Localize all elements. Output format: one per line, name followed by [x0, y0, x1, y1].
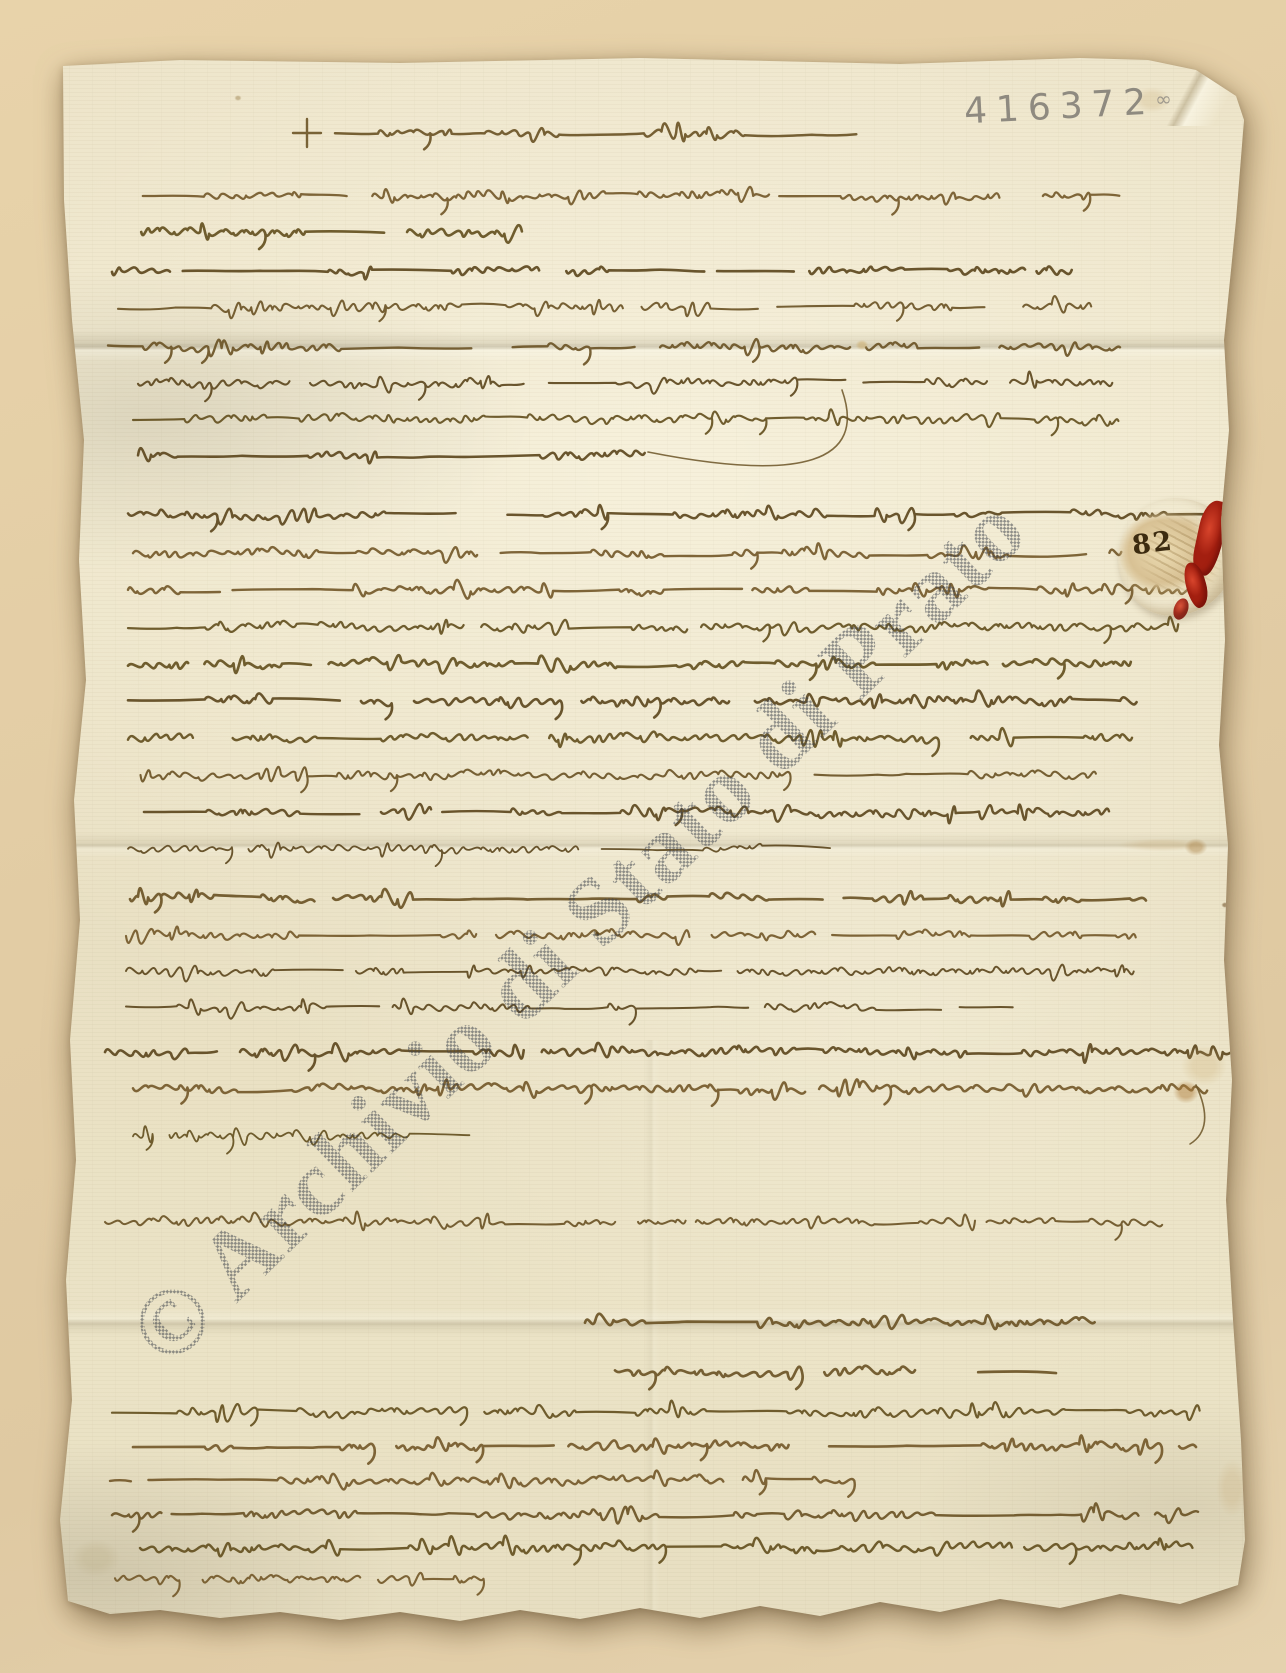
ink-stroke	[133, 1126, 469, 1153]
scan-background: 82 © Archivio di Stato di Prato 416372∞	[0, 0, 1286, 1673]
ink-stroke	[585, 1314, 1095, 1329]
ink-stroke	[128, 580, 1204, 603]
ink-stroke	[128, 843, 830, 867]
ink-stroke	[105, 1212, 1162, 1240]
ink-stroke	[118, 296, 1091, 321]
ink-stroke	[141, 224, 522, 249]
ink-stroke	[133, 1079, 1207, 1105]
ink-stroke	[335, 123, 856, 150]
ink-stroke	[133, 1436, 1196, 1464]
ink-stroke	[140, 1536, 1192, 1565]
ink-stroke	[126, 927, 1136, 945]
ink-stroke	[143, 187, 1142, 215]
ink-stroke	[115, 1573, 484, 1596]
ink-stroke	[126, 999, 1013, 1025]
ink-stroke	[112, 266, 1072, 279]
ink-stroke	[138, 372, 1112, 402]
ink-stroke	[615, 1366, 1056, 1389]
seal-ink-annotation: 82	[1130, 526, 1175, 562]
ink-stroke	[108, 339, 1120, 364]
handwriting-ink	[0, 0, 1286, 1673]
ink-stroke	[110, 1470, 855, 1497]
ink-stroke	[133, 409, 1118, 435]
manuscript-page: 82 © Archivio di Stato di Prato 416372∞	[0, 0, 1286, 1673]
ink-stroke	[112, 1401, 1200, 1426]
archival-number-flourish: ∞	[1155, 87, 1173, 112]
ink-stroke	[130, 888, 1146, 912]
ink-stroke	[141, 767, 1096, 792]
ink-stroke	[144, 804, 1109, 825]
ink-stroke	[128, 617, 1178, 643]
ink-stroke	[128, 505, 1247, 531]
ink-stroke	[105, 1043, 1240, 1071]
ink-stroke	[128, 691, 1137, 720]
ink-stroke	[128, 728, 1132, 756]
paper-shadow-wrapper: 82 © Archivio di Stato di Prato 416372∞	[0, 0, 1286, 1673]
ink-stroke	[133, 543, 1121, 568]
ink-stroke	[648, 390, 847, 466]
ink-stroke	[126, 965, 1134, 982]
ink-stroke	[128, 655, 1131, 680]
ink-stroke	[138, 448, 645, 463]
ink-stroke	[112, 1503, 1198, 1531]
ink-stroke	[293, 119, 321, 147]
